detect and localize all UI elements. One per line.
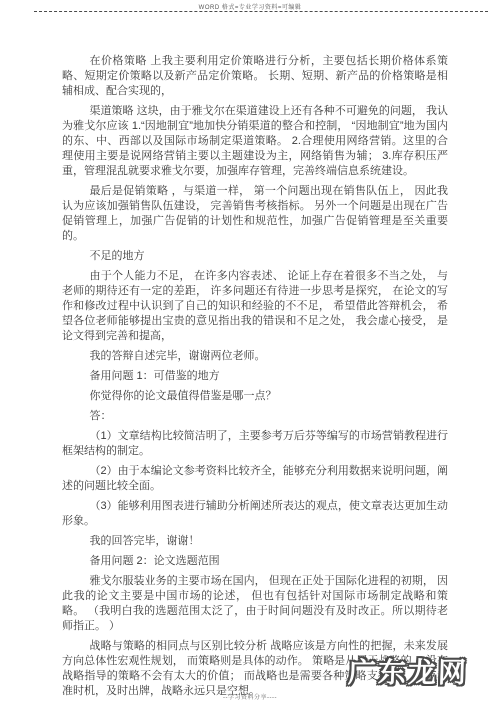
paragraph-promotion-strategy: 最后是促销策略 ，与渠道一样， 第一个问题出现在销售队伍上， 因此我认为应该加强…	[62, 184, 448, 244]
paragraph-question-1: 你觉得你的论文最值得借鉴是哪一点？	[62, 389, 448, 404]
page-header-note: WORD 格式=专业学习资料=可编辑	[0, 2, 500, 11]
paragraph-closing-statement: 我的答辩自述完毕，谢谢两位老师。	[62, 349, 448, 364]
heading-shortcomings: 不足的地方	[62, 249, 448, 264]
paragraph-answer-closing: 我的回答完毕，谢谢！	[62, 534, 448, 549]
heading-backup-question-1: 备用问题 1：可借鉴的地方	[62, 369, 448, 384]
paragraph-answer-point-2: （2）由于本编论文参考资料比较齐全，能够充分利用数据来说明问题，阐述的问题比较全…	[62, 464, 448, 494]
page-footer-note: --学习资料分享----	[0, 692, 500, 701]
paragraph-topic-scope: 雅戈尔服装业务的主要市场在国内， 但现在正处于国际化进程的初期， 因此我的论文主…	[62, 574, 448, 634]
heading-backup-question-2: 备用问题 2：论文选题范围	[62, 554, 448, 569]
paragraph-channel-strategy: 渠道策略 这块，由于雅戈尔在渠道建设上还有各种不可避免的问题， 我认为雅戈尔应该…	[62, 104, 448, 179]
paragraph-pricing-strategy: 在价格策略 上我主要利用定价策略进行分析，主要包括长期价格体系策略、短期定价策略…	[62, 54, 448, 99]
header-divider-rule	[34, 11, 488, 12]
paragraph-self-review: 由于个人能力不足， 在许多内容表述、 论证上存在着很多不当之处， 与老师的期待还…	[62, 269, 448, 344]
paragraph-answer-point-3: （3）能够利用图表进行辅助分析阐述所表达的观点，使文章表达更加生动形象。	[62, 499, 448, 529]
site-watermark: 广东龙网	[347, 651, 468, 691]
paragraph-answer-point-1: （1）文章结构比较简洁明了，主要参考万后芬等编写的市场营销教程进行框架结构的制定…	[62, 429, 448, 459]
document-page: WORD 格式=专业学习资料=可编辑 在价格策略 上我主要利用定价策略进行分析，…	[0, 0, 500, 707]
paragraph-answer-label: 答：	[62, 409, 448, 424]
document-body: 在价格策略 上我主要利用定价策略进行分析，主要包括长期价格体系策略、短期定价策略…	[62, 54, 448, 704]
